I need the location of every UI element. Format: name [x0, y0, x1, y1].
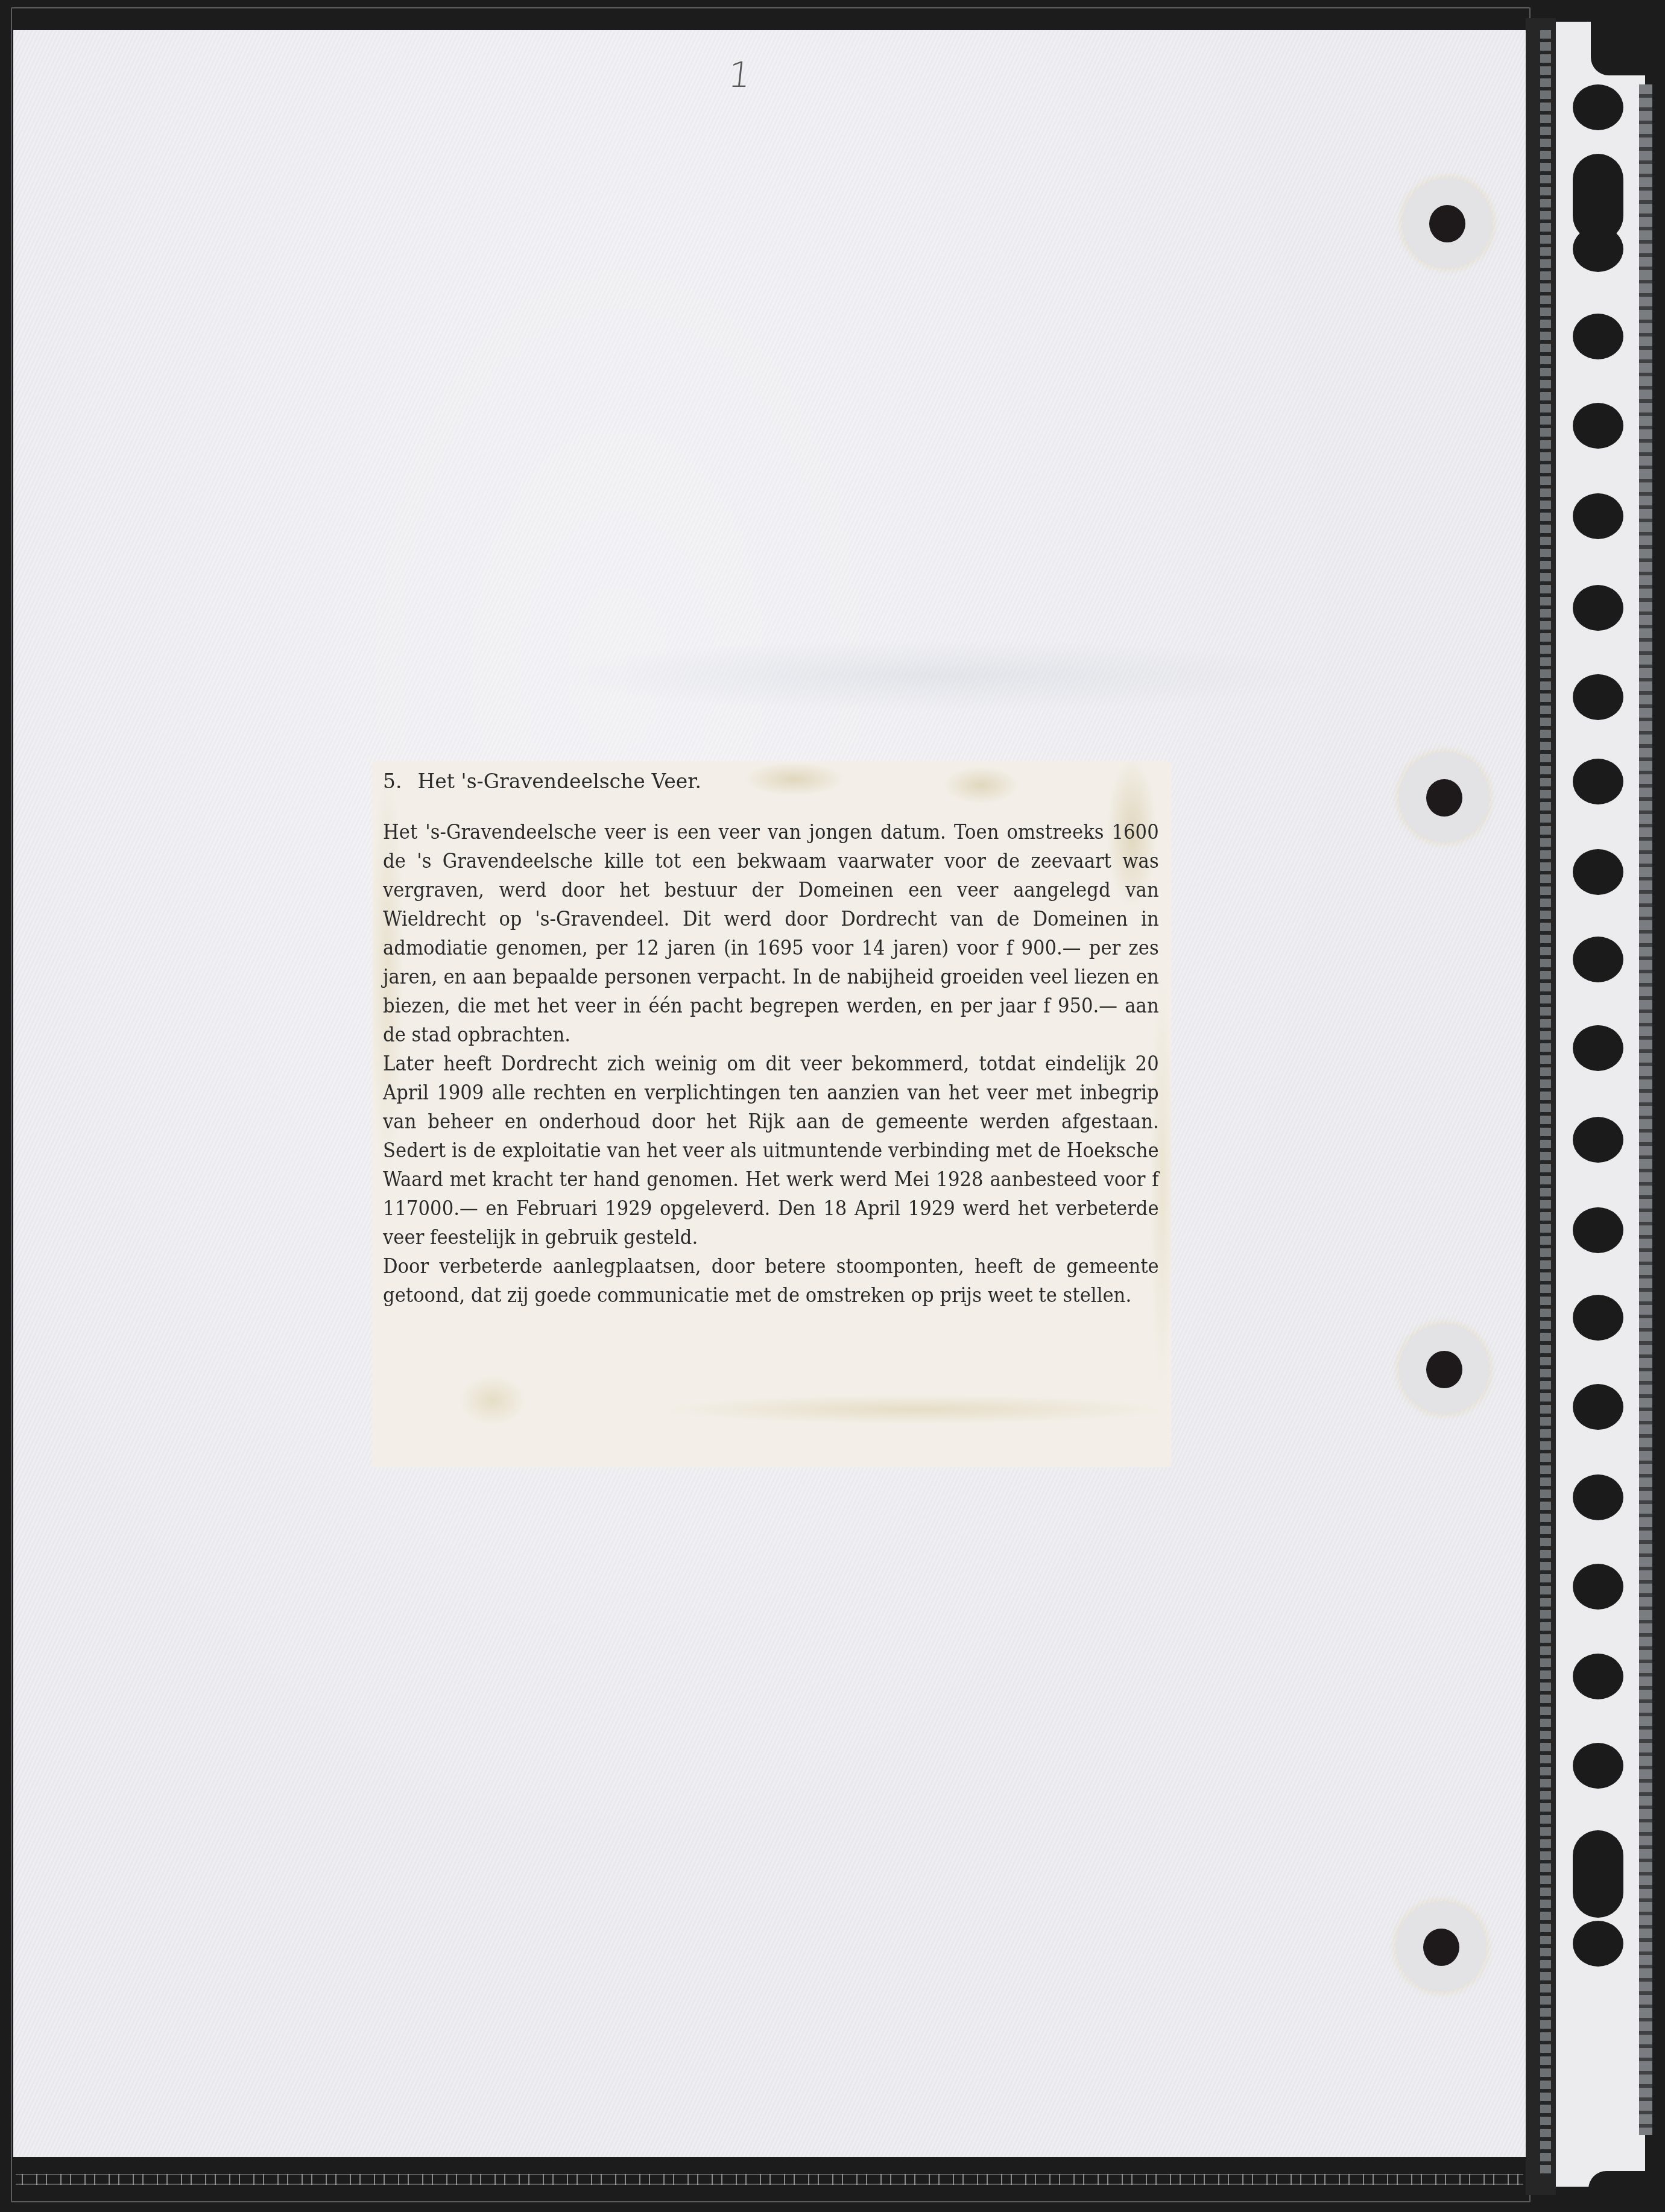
hole-reinforcement [1399, 752, 1490, 842]
binder-hole-icon [1573, 1117, 1623, 1163]
punch-hole-icon [1426, 1351, 1462, 1388]
clipping-title: Het 's-Gravendeelsche Veer. [418, 769, 701, 793]
binder-hole-icon [1573, 1474, 1623, 1520]
binder-hole-icon [1573, 1295, 1623, 1341]
binder-hole-icon [1573, 1830, 1623, 1918]
binder-hole-icon [1573, 493, 1623, 539]
binder-hole-icon [1573, 1384, 1623, 1430]
sleeve-bottom-perforation [16, 2174, 1523, 2185]
binder-hole-icon [1573, 759, 1623, 804]
section-number: 5. [383, 769, 402, 793]
binder-hole-icon [1573, 674, 1623, 720]
binder-hole-icon [1573, 226, 1623, 272]
binder-hole-icon [1573, 585, 1623, 631]
binder-hole-icon [1573, 1743, 1623, 1789]
hole-reinforcement [1402, 178, 1493, 268]
paragraph: Door verbeterde aanlegplaatsen, door bet… [383, 1252, 1159, 1310]
binder-hole-icon [1573, 314, 1623, 359]
binder-notch [1588, 2171, 1665, 2212]
bleed-through-text [543, 639, 1327, 712]
binder-strip-perforation [1639, 84, 1652, 2135]
binder-hole-icon [1573, 403, 1623, 449]
binder-hole-icon [1573, 1207, 1623, 1253]
binder-strip-perforation [1540, 30, 1551, 2177]
clipping-heading: 5.Het 's-Gravendeelsche Veer. [383, 767, 1159, 796]
binder-hole-icon [1573, 1921, 1623, 1967]
hole-reinforcement [1396, 1901, 1486, 1992]
paragraph: Het 's-Gravendeelsche veer is een veer v… [383, 818, 1159, 1049]
binder-notch [1591, 0, 1665, 75]
page-number: 1 [726, 54, 753, 95]
binder-hole-icon [1573, 84, 1623, 130]
clipping-body: Het 's-Gravendeelsche veer is een veer v… [383, 818, 1159, 1310]
paragraph: Later heeft Dordrecht zich weinig om dit… [383, 1049, 1159, 1252]
hole-reinforcement [1399, 1324, 1490, 1414]
punch-hole-icon [1426, 779, 1462, 817]
newspaper-clipping: 5.Het 's-Gravendeelsche Veer. Het 's-Gra… [372, 761, 1171, 1467]
punch-hole-icon [1423, 1929, 1459, 1966]
binder-hole-icon [1573, 849, 1623, 895]
punch-hole-icon [1429, 205, 1465, 242]
binder-hole-icon [1573, 937, 1623, 982]
binder-hole-icon [1573, 1654, 1623, 1699]
binder-hole-icon [1573, 1564, 1623, 1610]
binder-hole-icon [1573, 1025, 1623, 1071]
